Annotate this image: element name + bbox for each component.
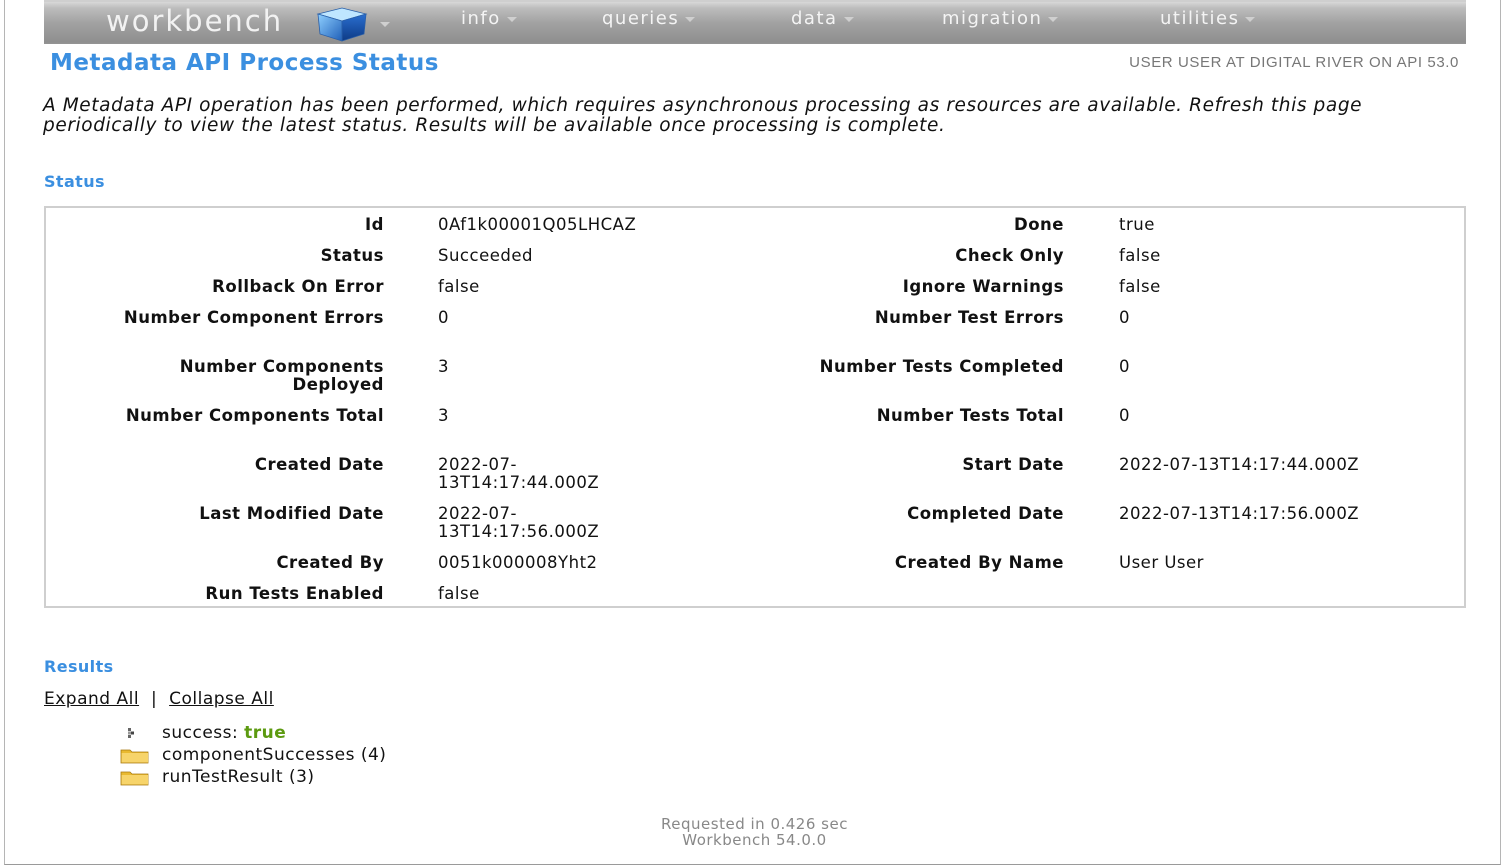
chevron-down-icon (844, 17, 854, 22)
success-value: true (244, 723, 286, 743)
link-separator: | (151, 689, 157, 709)
field-value: User User (1119, 554, 1459, 572)
leaf-node-icon (120, 726, 136, 740)
field-value: 0 (438, 309, 668, 327)
field-label: Number Tests Total (746, 407, 1064, 425)
folder-icon (120, 748, 150, 764)
field-label: Rollback On Error (86, 278, 384, 296)
nav-data-label: data (791, 8, 838, 29)
top-navbar: workbench info queries data migration ut… (44, 0, 1466, 44)
field-value: true (1119, 216, 1459, 234)
status-section-title: Status (44, 172, 105, 191)
field-value: 2022-07-13T14:17:44.000Z (438, 456, 668, 492)
field-label: Status (86, 247, 384, 265)
field-label: Start Date (746, 456, 1064, 474)
results-tree-controls: Expand All | Collapse All (44, 689, 274, 709)
workbench-logo[interactable]: workbench (106, 4, 283, 38)
componentSuccesses-label: componentSuccesses (4) (162, 745, 386, 765)
field-label: Done (746, 216, 1064, 234)
request-timing: Requested in 0.426 sec (0, 816, 1509, 832)
chevron-down-icon (507, 17, 517, 22)
tree-node-componentSuccesses[interactable]: componentSuccesses (4) (120, 744, 386, 766)
field-value: 3 (438, 358, 668, 376)
tree-node-success: success: true (120, 722, 386, 744)
nav-data[interactable]: data (791, 8, 854, 29)
field-value: false (438, 278, 668, 296)
field-label: Created Date (86, 456, 384, 474)
collapse-all-link[interactable]: Collapse All (169, 689, 274, 709)
status-table: Id0Af1k00001Q05LHCAZStatusSucceededRollb… (44, 206, 1466, 608)
field-value: 0Af1k00001Q05LHCAZ (438, 216, 668, 234)
field-value: 0 (1119, 407, 1459, 425)
user-org-api-info: USER USER AT DIGITAL RIVER ON API 53.0 (1129, 54, 1459, 71)
field-label: Run Tests Enabled (86, 585, 384, 603)
field-label: Completed Date (746, 505, 1064, 523)
nav-info-label: info (461, 8, 501, 29)
field-label: Number Components Deployed (86, 358, 384, 394)
field-label: Last Modified Date (86, 505, 384, 523)
folder-icon (120, 770, 150, 786)
nav-migration[interactable]: migration (942, 8, 1058, 29)
chevron-down-icon (1245, 17, 1255, 22)
chevron-down-icon (1048, 17, 1058, 22)
field-label: Number Components Total (86, 407, 384, 425)
logo-dropdown-caret-icon[interactable] (380, 22, 390, 27)
field-label: Created By Name (746, 554, 1064, 572)
nav-queries[interactable]: queries (602, 8, 695, 29)
tree-node-runTestResult[interactable]: runTestResult (3) (120, 766, 386, 788)
field-label: Number Test Errors (746, 309, 1064, 327)
field-value: 2022-07-13T14:17:56.000Z (438, 505, 668, 541)
field-value: false (1119, 278, 1459, 296)
page-title: Metadata API Process Status (50, 50, 439, 76)
nav-info[interactable]: info (461, 8, 517, 29)
field-label: Check Only (746, 247, 1064, 265)
cube-logo-icon[interactable] (314, 6, 370, 42)
chevron-down-icon (685, 17, 695, 22)
nav-utilities-label: utilities (1160, 8, 1239, 29)
results-section-title: Results (44, 657, 114, 676)
nav-queries-label: queries (602, 8, 679, 29)
field-value: 0 (1119, 309, 1459, 327)
field-value: 2022-07-13T14:17:56.000Z (1119, 505, 1459, 523)
runTestResult-label: runTestResult (3) (162, 767, 315, 787)
field-label: Number Component Errors (86, 309, 384, 327)
results-tree: success: true componentSuccesses (4) run… (120, 722, 386, 788)
intro-message: A Metadata API operation has been perfor… (43, 96, 1443, 136)
field-label: Number Tests Completed (746, 358, 1064, 376)
workbench-version: Workbench 54.0.0 (0, 832, 1509, 848)
field-value: 0 (1119, 358, 1459, 376)
field-value: Succeeded (438, 247, 668, 265)
field-value: 0051k000008Yht2 (438, 554, 668, 572)
field-value: false (438, 585, 668, 603)
field-label: Id (86, 216, 384, 234)
success-key: success: (162, 723, 238, 743)
footer: Requested in 0.426 sec Workbench 54.0.0 (0, 816, 1509, 848)
field-value: 2022-07-13T14:17:44.000Z (1119, 456, 1459, 474)
field-value: 3 (438, 407, 668, 425)
field-value: false (1119, 247, 1459, 265)
nav-migration-label: migration (942, 8, 1042, 29)
field-label: Ignore Warnings (746, 278, 1064, 296)
expand-all-link[interactable]: Expand All (44, 689, 139, 709)
field-label: Created By (86, 554, 384, 572)
nav-utilities[interactable]: utilities (1160, 8, 1255, 29)
